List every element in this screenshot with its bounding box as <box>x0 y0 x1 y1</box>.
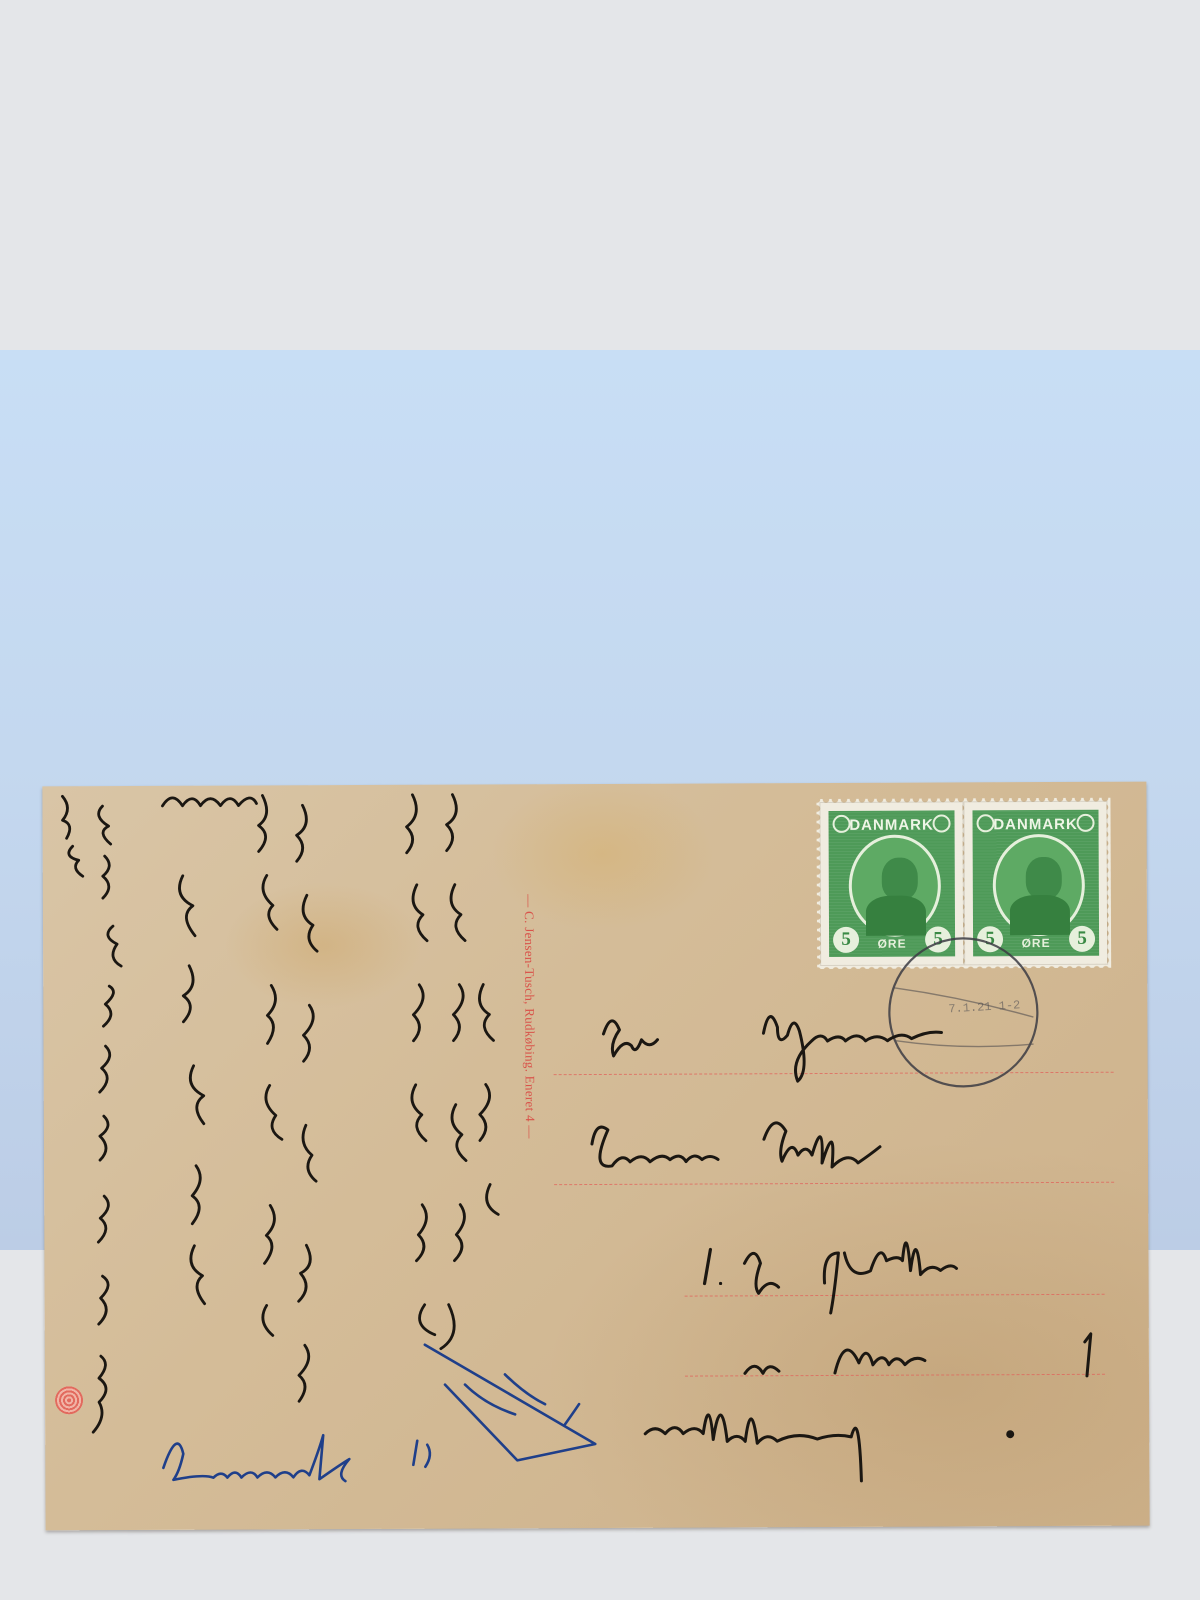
address-handwriting <box>591 1015 1091 1482</box>
postmark-icon <box>889 938 1038 1087</box>
message-handwriting <box>62 794 499 1432</box>
postcard: — C. Jensen-Tusch, Rudkøbing. Eneret 4 —… <box>42 782 1149 1531</box>
photo-background: — C. Jensen-Tusch, Rudkøbing. Eneret 4 —… <box>0 350 1200 1250</box>
blue-annotations <box>163 1344 596 1482</box>
handwriting-layer <box>42 782 1149 1531</box>
publisher-spiral-logo-icon <box>55 1386 83 1414</box>
